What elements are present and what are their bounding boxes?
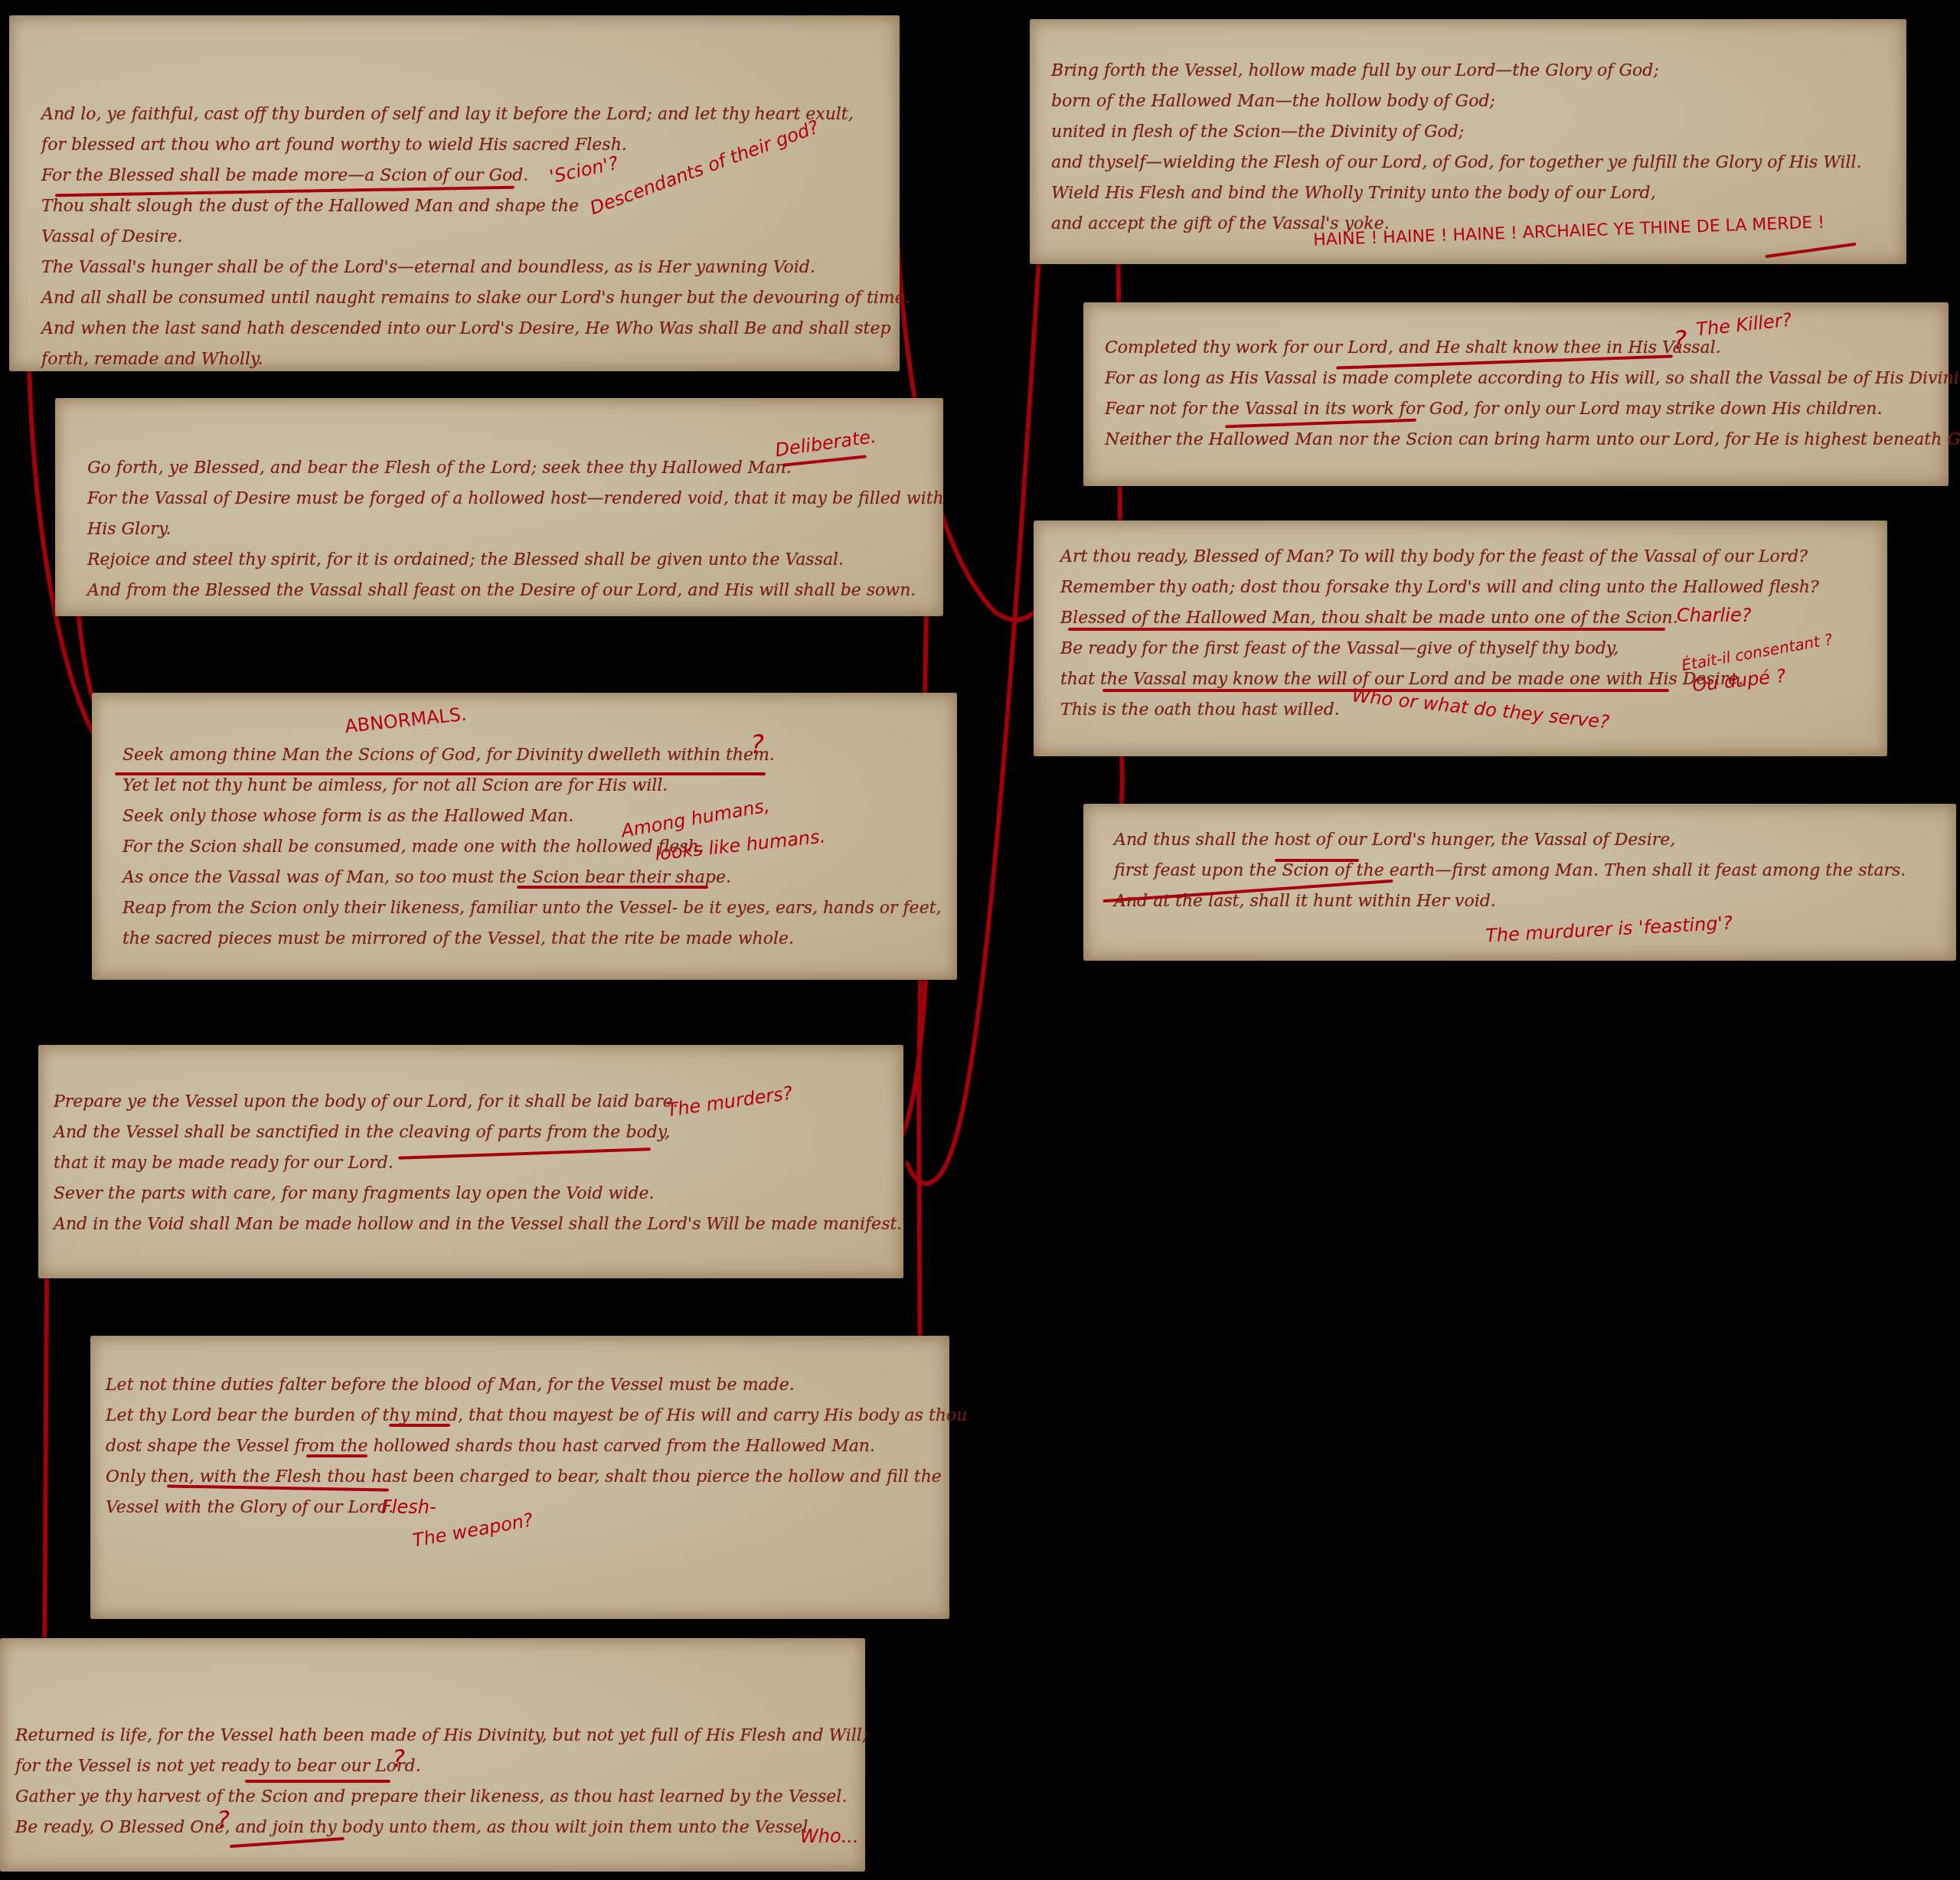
note-r1[interactable]: Bring forth the Vessel, hollow made full… [1030, 19, 1906, 264]
annotation-murdurer-feasting: The murdurer is 'feasting'? [1485, 912, 1733, 947]
underline [517, 886, 708, 889]
note-r2-text: Completed thy work for our Lord, and He … [1105, 333, 1960, 455]
note-line: As once the Vassal was of Man, so too mu… [122, 863, 942, 893]
note-line: born of the Hallowed Man—the hollow body… [1051, 86, 1862, 117]
note-r4[interactable]: And thus shall the host of our Lord's hu… [1083, 804, 1956, 961]
underline [389, 1424, 450, 1427]
note-line: Vassal of Desire. [41, 222, 910, 253]
annotation-who: Who... [800, 1826, 859, 1847]
annotation-abnormals: ABNORMALS. [344, 703, 468, 738]
note-line: Neither the Hallowed Man nor the Scion c… [1105, 425, 1960, 455]
note-line: And lo, ye faithful, cast off thy burden… [41, 100, 910, 130]
annotation-flesh: Flesh- [381, 1496, 436, 1518]
note-line: forth, remade and Wholly. [41, 344, 910, 375]
note-line: the sacred pieces must be mirrored of th… [122, 924, 942, 955]
note-line: Bring forth the Vessel, hollow made full… [1051, 56, 1862, 86]
annotation-question: ? [750, 729, 764, 760]
note-line: Returned is life, for the Vessel hath be… [15, 1721, 867, 1751]
note-line: and thyself—wielding the Flesh of our Lo… [1051, 148, 1862, 178]
annotation-charlie: Charlie? [1677, 605, 1751, 626]
note-line: Reap from the Scion only their likeness,… [122, 893, 942, 924]
annotation-question: ? [392, 1744, 405, 1773]
note-line: Vessel with the Glory of our Lord. [106, 1493, 967, 1523]
note-line: The Vassal's hunger shall be of the Lord… [41, 253, 910, 283]
note-line: Wield His Flesh and bind the Wholly Trin… [1051, 178, 1862, 209]
note-line: that it may be made ready for our Lord. [54, 1148, 902, 1179]
note-r3[interactable]: Art thou ready, Blessed of Man? To will … [1034, 521, 1887, 756]
underline [1765, 243, 1856, 259]
underline [306, 1454, 367, 1457]
note-line: Yet let not thy hunt be aimless, for not… [122, 771, 942, 801]
annotation-question: ? [217, 1805, 230, 1834]
underline [245, 1780, 390, 1783]
underline [1068, 628, 1665, 631]
note-line: dost shape the Vessel from the hollowed … [106, 1431, 967, 1462]
note-line: for the Vessel is not yet ready to bear … [15, 1751, 867, 1782]
note-line: For the Vassal of Desire must be forged … [87, 484, 944, 514]
note-line: Go forth, ye Blessed, and bear the Flesh… [87, 453, 944, 484]
note-line: Be ready, O Blessed One, and join thy bo… [15, 1813, 867, 1843]
note-line: Let thy Lord bear the burden of thy mind… [106, 1401, 967, 1431]
note-line: first feast upon the Scion of the earth—… [1114, 856, 1906, 886]
note-3[interactable]: Seek among thine Man the Scions of God, … [92, 693, 957, 980]
note-4-text: Prepare ye the Vessel upon the body of o… [54, 1087, 902, 1240]
note-line: Fear not for the Vassal in its work for … [1105, 394, 1960, 425]
note-line: And in the Void shall Man be made hollow… [54, 1209, 902, 1240]
annotation-question: ? [1673, 325, 1687, 356]
note-2-text: Go forth, ye Blessed, and bear the Flesh… [87, 453, 944, 606]
note-line: Seek among thine Man the Scions of God, … [122, 740, 942, 771]
note-line: Remember thy oath; dost thou forsake thy… [1060, 573, 1819, 603]
note-line: Sever the parts with care, for many frag… [54, 1179, 902, 1209]
note-2[interactable]: Go forth, ye Blessed, and bear the Flesh… [55, 398, 943, 616]
note-6-text: Returned is life, for the Vessel hath be… [15, 1721, 867, 1843]
note-r4-text: And thus shall the host of our Lord's hu… [1114, 825, 1906, 917]
note-line: And the Vessel shall be sanctified in th… [54, 1118, 902, 1148]
note-line: united in flesh of the Scion—the Divinit… [1051, 117, 1862, 148]
note-line: Gather ye thy harvest of the Scion and p… [15, 1782, 867, 1813]
note-line: Thou shalt slough the dust of the Hallow… [41, 191, 910, 222]
note-5-text: Let not thine duties falter before the b… [106, 1370, 967, 1523]
note-line: Art thou ready, Blessed of Man? To will … [1060, 542, 1819, 573]
note-line: And from the Blessed the Vassal shall fe… [87, 576, 944, 606]
underline [115, 772, 766, 775]
note-line: Rejoice and steel thy spirit, for it is … [87, 545, 944, 576]
note-1[interactable]: And lo, ye faithful, cast off thy burden… [9, 15, 900, 371]
note-line: And when the last sand hath descended in… [41, 314, 910, 344]
note-r2[interactable]: Completed thy work for our Lord, and He … [1083, 302, 1949, 486]
note-line: Let not thine duties falter before the b… [106, 1370, 967, 1401]
note-line: And thus shall the host of our Lord's hu… [1114, 825, 1906, 856]
underline [1275, 859, 1359, 862]
note-r1-text: Bring forth the Vessel, hollow made full… [1051, 56, 1862, 240]
note-4[interactable]: Prepare ye the Vessel upon the body of o… [38, 1045, 903, 1278]
note-line: His Glory. [87, 514, 944, 545]
note-5[interactable]: Let not thine duties falter before the b… [90, 1336, 949, 1619]
note-line: And all shall be consumed until naught r… [41, 283, 910, 314]
note-6[interactable]: Returned is life, for the Vessel hath be… [0, 1638, 865, 1872]
note-line: For as long as His Vassal is made comple… [1105, 364, 1960, 394]
